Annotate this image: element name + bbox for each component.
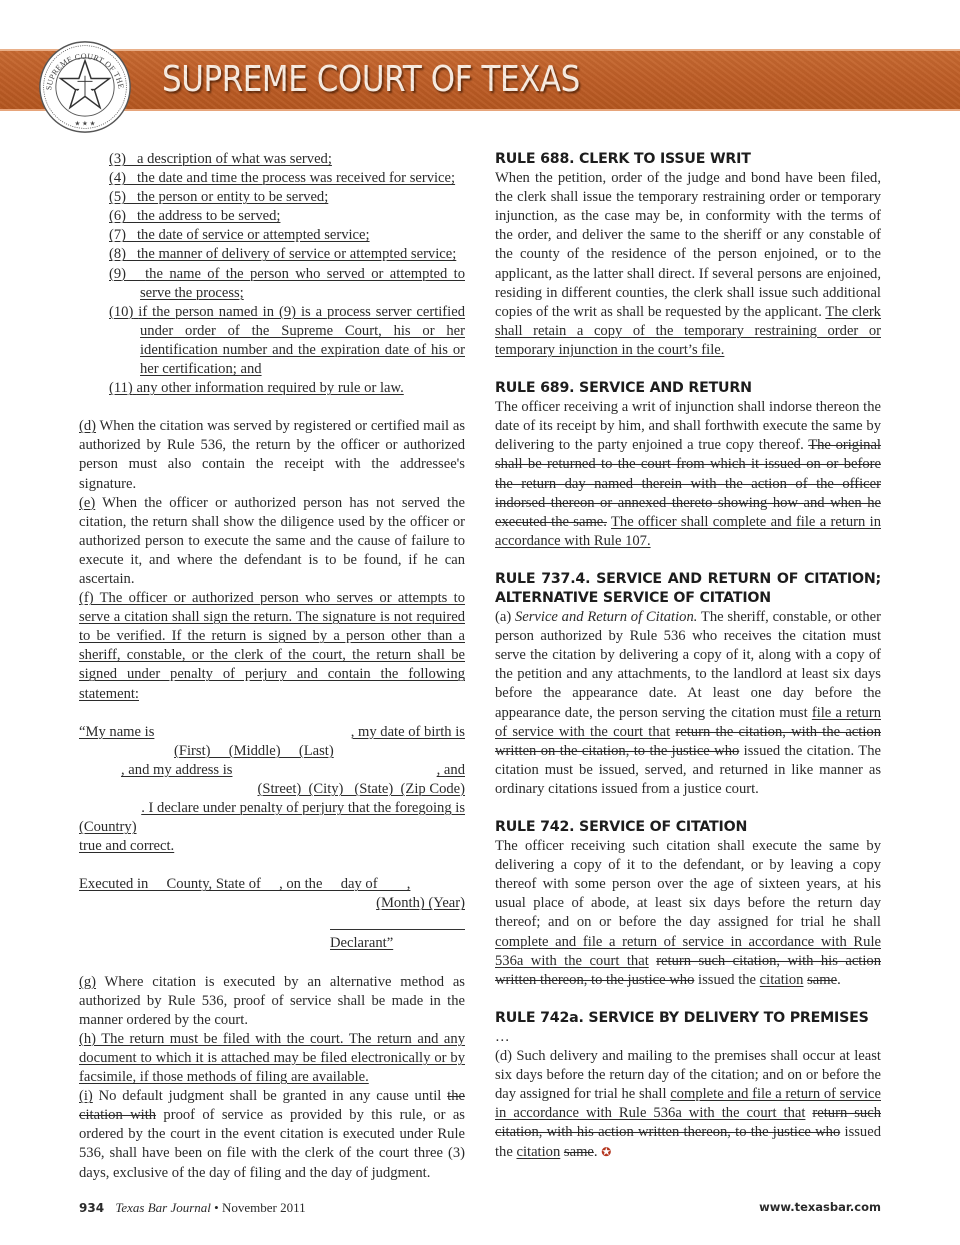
right-column: RULE 688. CLERK TO ISSUE WRIT When the p… xyxy=(495,150,881,1162)
rule-742a-body: (d) Such delivery and mailing to the pre… xyxy=(495,1047,881,1162)
page-footer: 934 Texas Bar Journal • November 2011 ww… xyxy=(79,1200,881,1216)
issue-date: November 2011 xyxy=(222,1200,306,1215)
paragraph-e: (e) When the officer or authorized perso… xyxy=(79,494,465,589)
paragraph-f: (f) The officer or authorized person who… xyxy=(79,589,465,704)
signature-line xyxy=(330,913,465,930)
form-declarant: Declarant” xyxy=(330,935,393,951)
list-item: (4) the date and time the process was re… xyxy=(109,169,465,188)
form-address-line: , and my address is, and xyxy=(79,761,465,780)
journal-name: Texas Bar Journal xyxy=(115,1200,211,1215)
rule-689-body: The officer receiving a writ of injuncti… xyxy=(495,398,881,551)
list-item: (5) the person or entity to be served; xyxy=(109,188,465,207)
paragraph-h: (h) The return must be filed with the co… xyxy=(79,1030,465,1087)
rule-742-heading: RULE 742. SERVICE OF CITATION xyxy=(495,818,881,837)
list-item: (11) any other information required by r… xyxy=(109,379,465,398)
rule-742a-heading: RULE 742a. SERVICE BY DELIVERY TO PREMIS… xyxy=(495,1009,881,1028)
svg-text:★ ★ ★: ★ ★ ★ xyxy=(75,120,96,128)
rule-742-body: The officer receiving such citation shal… xyxy=(495,837,881,990)
left-column: (3) a description of what was served; (4… xyxy=(79,150,465,1183)
court-seal-icon: SUPREME COURT OF THE STATE OF TEXAS ★ ★ … xyxy=(38,40,132,134)
list-item: (9) the name of the person who served or… xyxy=(109,265,465,303)
paragraph-i: (i) No default judgment shall be granted… xyxy=(79,1087,465,1182)
rule-689-heading: RULE 689. SERVICE AND RETURN xyxy=(495,379,881,398)
paragraph-d: (d) When the citation was served by regi… xyxy=(79,417,465,493)
footer-left: 934 Texas Bar Journal • November 2011 xyxy=(79,1200,306,1216)
rule-688-heading: RULE 688. CLERK TO ISSUE WRIT xyxy=(495,150,881,169)
header-banner: SUPREME COURT OF TEXAS xyxy=(0,49,960,111)
form-date-labels: (Month) (Year) xyxy=(376,895,465,911)
list-item: (7) the date of service or attempted ser… xyxy=(109,226,465,245)
form-country-label: (Country) xyxy=(79,819,137,835)
form-address-labels: (Street) (City) (State) (Zip Code) xyxy=(79,780,465,799)
paragraph-g: (g) Where citation is executed by an alt… xyxy=(79,973,465,1030)
rule-737-4-body: (a) Service and Return of Citation. The … xyxy=(495,608,881,799)
form-true-correct: true and correct. xyxy=(79,838,174,854)
list-item: (10) if the person named in (9) is a pro… xyxy=(109,303,465,379)
page-number: 934 xyxy=(79,1201,104,1215)
list-item: (8) the manner of delivery of service or… xyxy=(109,245,465,264)
end-of-article-star-icon: ✪ xyxy=(601,1145,611,1159)
perjury-statement-form: “My name is, my date of birth is (First)… xyxy=(79,723,465,954)
page-title: SUPREME COURT OF TEXAS xyxy=(162,59,580,100)
website-link[interactable]: www.texasbar.com xyxy=(759,1200,881,1216)
footer-separator: • xyxy=(211,1200,222,1215)
ellipsis: … xyxy=(495,1028,881,1047)
rule-688-body: When the petition, order of the judge an… xyxy=(495,169,881,360)
rule-737-4-heading: RULE 737.4. SERVICE AND RETURN OF CITATI… xyxy=(495,570,881,608)
form-declare-line: . I declare under penalty of perjury tha… xyxy=(79,799,465,818)
form-name-line: “My name is, my date of birth is xyxy=(79,723,465,742)
form-name-labels: (First) (Middle) (Last) xyxy=(79,742,465,761)
list-item: (3) a description of what was served; xyxy=(109,150,465,169)
form-executed-line: Executed in County, State of , on the da… xyxy=(79,875,465,894)
list-item: (6) the address to be served; xyxy=(109,207,465,226)
return-contents-list: (3) a description of what was served; (4… xyxy=(109,150,465,398)
